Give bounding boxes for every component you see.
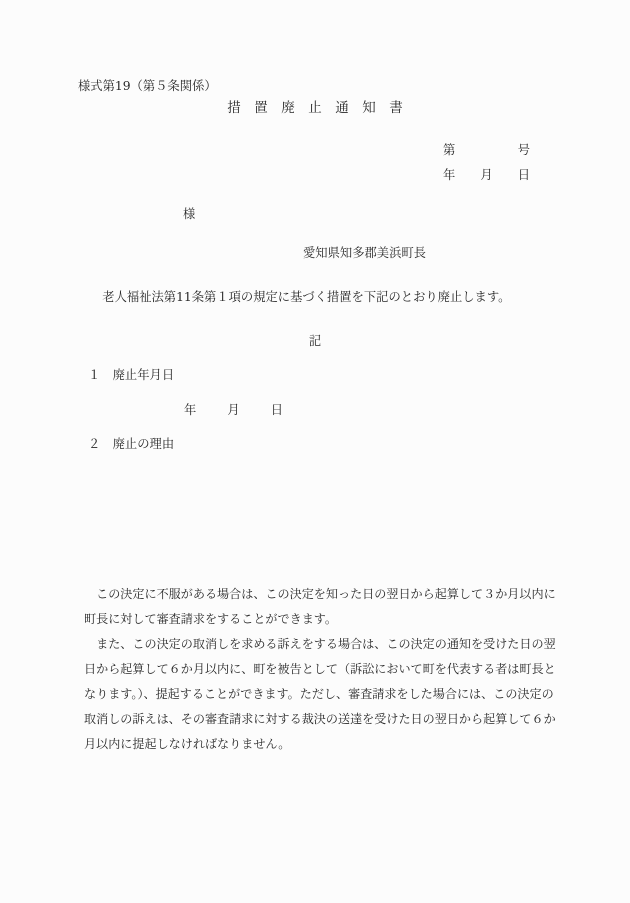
form-number: 様式第19（第５条関係）	[78, 79, 217, 94]
body-paragraph: 老人福祉法第11条第１項の規定に基づく措置を下記のとおり廃止します。	[90, 290, 510, 305]
sender-line: 愛知県知多郡美浜町長	[303, 246, 426, 261]
item-2-number: ２	[88, 437, 100, 451]
item-1-date-year-label: 年	[184, 403, 196, 418]
issue-date-day-label: 日	[518, 168, 530, 183]
notice-line: また、この決定の取消しを求める訴えをする場合は、この決定の通知を受けた日の翌	[84, 632, 556, 657]
document-page: { "document": { "form_number": "様式第19（第５…	[0, 0, 630, 903]
issue-date-month-label: 月	[480, 168, 492, 183]
addressee-honorific: 様	[183, 207, 195, 222]
item-1-line: １ 廃止年月日	[88, 368, 174, 383]
page-title: 措 置 廃 止 通 知 書	[0, 100, 630, 116]
item-2-spacer	[100, 437, 112, 451]
item-1-number: １	[88, 368, 100, 382]
notice-line: 日から起算して６か月以内に、町を被告として（訴訟において町を代表する者は町長と	[84, 657, 556, 682]
document-number-line: 第 号	[443, 143, 530, 158]
notice-line: 月以内に提起しなければなりません。	[84, 732, 556, 757]
item-2-label: 廃止の理由	[113, 437, 175, 451]
issue-date-line: 年 月 日	[443, 168, 530, 183]
item-1-spacer	[100, 368, 112, 382]
issue-date-year-label: 年	[443, 168, 455, 183]
notice-line: 町長に対して審査請求をすることができます。	[84, 607, 556, 632]
notice-line: なります。）、提起することができます。ただし、審査請求をした場合には、この決定の	[84, 682, 556, 707]
appeal-notice-paragraph: この決定に不服がある場合は、この決定を知った日の翌日から起算して３か月以内に 町…	[84, 582, 556, 757]
document-number-suffix: 号	[518, 143, 530, 158]
item-1-label: 廃止年月日	[113, 368, 175, 382]
document-number-prefix: 第	[443, 143, 455, 158]
notice-line: 取消しの訴えは、その審査請求に対する裁決の送達を受けた日の翌日から起算して６か	[84, 707, 556, 732]
item-1-date-month-label: 月	[227, 403, 239, 418]
item-1-date-line: 年 月 日	[184, 403, 283, 418]
notice-line: この決定に不服がある場合は、この決定を知った日の翌日から起算して３か月以内に	[84, 582, 556, 607]
record-marker: 記	[0, 334, 630, 349]
item-2-line: ２ 廃止の理由	[88, 437, 174, 452]
item-1-date-day-label: 日	[271, 403, 283, 418]
